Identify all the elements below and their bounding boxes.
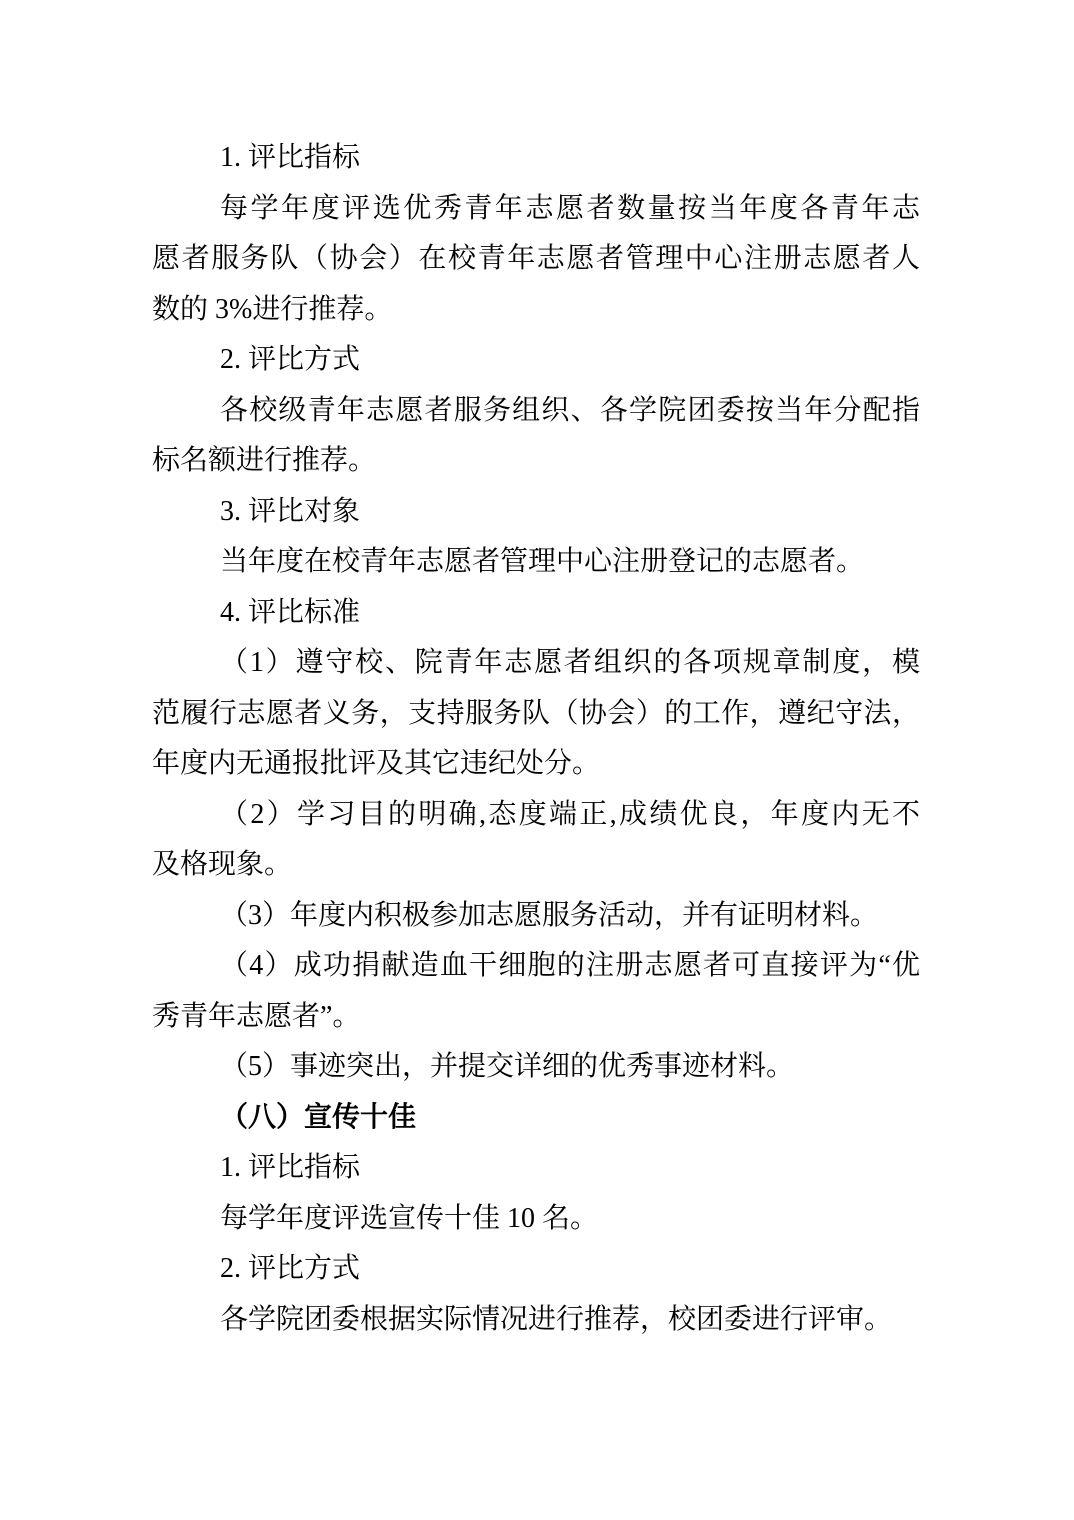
text-line: （3）年度内积极参加志愿服务活动，并有证明材料。 <box>152 891 920 942</box>
text-line: 愿者服务队（协会）在校青年志愿者管理中心注册志愿者人 <box>152 234 920 285</box>
section-heading-line: （八）宣传十佳 <box>152 1093 920 1144</box>
text-line: 每学年度评选宣传十佳 10 名。 <box>152 1194 920 1245</box>
text-line: 1. 评比指标 <box>152 1143 920 1194</box>
text-line: （4）成功捐献造血干细胞的注册志愿者可直接评为“优 <box>152 941 920 992</box>
text-line: 各学院团委根据实际情况进行推荐，校团委进行评审。 <box>152 1295 920 1346</box>
text-line: 标名额进行推荐。 <box>152 436 920 487</box>
text-line: （1）遵守校、院青年志愿者组织的各项规章制度，模 <box>152 638 920 689</box>
text-line: 3. 评比对象 <box>152 487 920 538</box>
text-line: 各校级青年志愿者服务组织、各学院团委按当年分配指 <box>152 386 920 437</box>
text-line: 每学年度评选优秀青年志愿者数量按当年度各青年志 <box>152 184 920 235</box>
text-line: 范履行志愿者义务，支持服务队（协会）的工作，遵纪守法， <box>152 689 920 740</box>
text-block: 1. 评比指标每学年度评选优秀青年志愿者数量按当年度各青年志愿者服务队（协会）在… <box>152 133 920 1345</box>
text-line: 2. 评比方式 <box>152 335 920 386</box>
text-line: （2）学习目的明确,态度端正,成绩优良，年度内无不 <box>152 790 920 841</box>
text-line: 1. 评比指标 <box>152 133 920 184</box>
text-line: 及格现象。 <box>152 840 920 891</box>
text-line: 当年度在校青年志愿者管理中心注册登记的志愿者。 <box>152 537 920 588</box>
text-line: 2. 评比方式 <box>152 1244 920 1295</box>
text-line: （5）事迹突出，并提交详细的优秀事迹材料。 <box>152 1042 920 1093</box>
text-line: 秀青年志愿者”。 <box>152 992 920 1043</box>
text-line: 年度内无通报批评及其它违纪处分。 <box>152 739 920 790</box>
document-page: 1. 评比指标每学年度评选优秀青年志愿者数量按当年度各青年志愿者服务队（协会）在… <box>0 0 1074 1520</box>
text-line: 4. 评比标准 <box>152 588 920 639</box>
text-line: 数的 3%进行推荐。 <box>152 285 920 336</box>
